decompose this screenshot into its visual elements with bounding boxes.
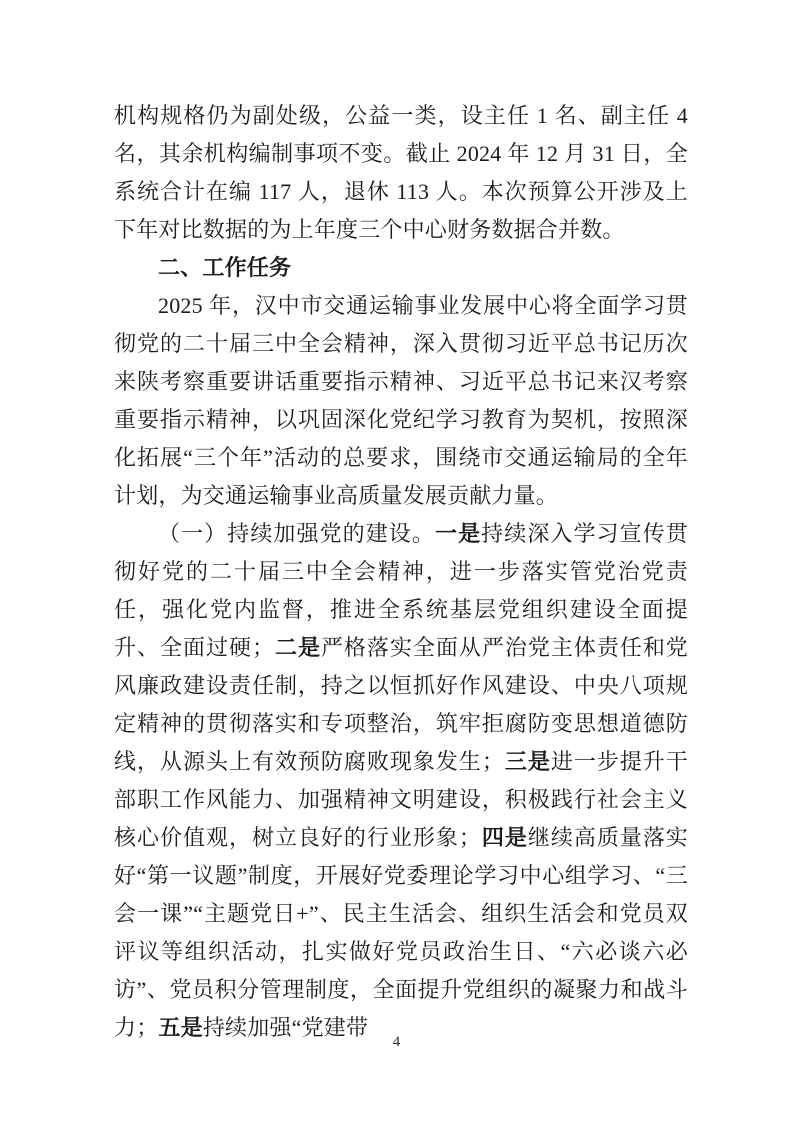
section-heading: 二、工作任务 [114, 249, 688, 287]
document-body: 机构规格仍为副处级，公益一类，设主任 1 名、副主任 4 名，其余机构编制事项不… [114, 97, 688, 1047]
document-page: 机构规格仍为副处级，公益一类，设主任 1 名、副主任 4 名，其余机构编制事项不… [0, 0, 793, 1122]
tasks-item4-text: 继续高质量落实好“第一议题”制度，开展好党委理论学习中心组学习、“三会一课”“主… [114, 825, 688, 1040]
continuation-paragraph: 机构规格仍为副处级，公益一类，设主任 1 名、副主任 4 名，其余机构编制事项不… [114, 97, 688, 249]
page-number: 4 [0, 1032, 793, 1052]
tasks-item4-marker: 四是 [481, 825, 528, 850]
tasks-paragraph: （一）持续加强党的建设。一是持续深入学习宣传贯彻好党的二十届三中全会精神，进一步… [114, 515, 688, 1047]
tasks-item3-marker: 三是 [504, 749, 551, 774]
tasks-intro: （一）持续加强党的建设。 [158, 521, 435, 546]
overview-paragraph: 2025 年，汉中市交通运输事业发展中心将全面学习贯彻党的二十届三中全会精神，深… [114, 287, 688, 515]
tasks-item2-marker: 二是 [274, 635, 321, 660]
tasks-item1-marker: 一是 [435, 521, 481, 546]
